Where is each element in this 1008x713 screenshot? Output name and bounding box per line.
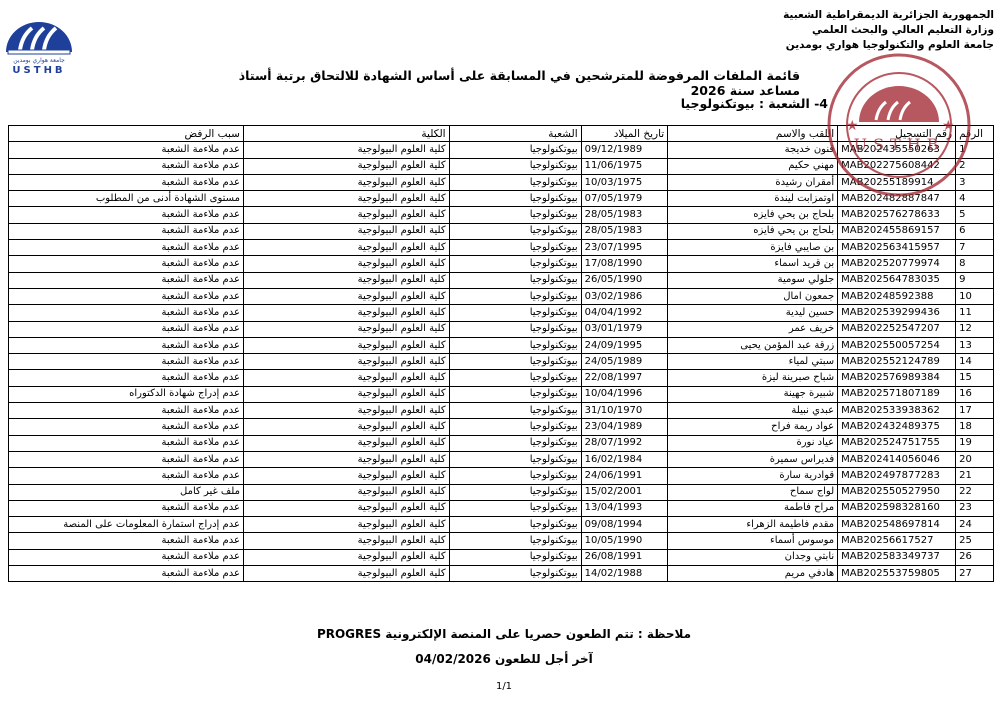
birth-date: 04/04/1992: [581, 305, 668, 321]
birth-date: 09/12/1989: [581, 142, 668, 158]
header-faculty: الكلية: [243, 126, 449, 142]
table-row: 14MAB202552124789سبتي لمياء24/05/1989بيو…: [9, 354, 994, 370]
rejection-reason: عدم ملاءمة الشعبة: [9, 533, 244, 549]
rejection-reason: عدم ملاءمة الشعبة: [9, 337, 244, 353]
faculty: كلية العلوم البيولوجية: [243, 305, 449, 321]
row-number: 1: [956, 142, 994, 158]
faculty: كلية العلوم البيولوجية: [243, 272, 449, 288]
header-registration-id: رقم التسجيل: [838, 126, 956, 142]
rejection-reason: عدم ملاءمة الشعبة: [9, 256, 244, 272]
table-row: 18MAB202432489375عواد ريمة فراح23/04/198…: [9, 419, 994, 435]
specialty: بيوتكنولوجيا: [449, 370, 581, 386]
registration-id: MAB202414056046: [838, 451, 956, 467]
candidate-name: فديراس سميرة: [668, 451, 838, 467]
candidate-name: عواد ريمة فراح: [668, 419, 838, 435]
registration-id: MAB202564783035: [838, 272, 956, 288]
specialty: بيوتكنولوجيا: [449, 337, 581, 353]
rejection-reason: عدم ملاءمة الشعبة: [9, 354, 244, 370]
svg-text:جامعة هواري بومدين: جامعة هواري بومدين: [13, 57, 65, 64]
row-number: 25: [956, 533, 994, 549]
candidate-name: جلولي سومية: [668, 272, 838, 288]
table-row: 4MAB202482887847اوتمزابت ليندة07/05/1979…: [9, 191, 994, 207]
candidate-name: بن صايبي فايزة: [668, 240, 838, 256]
rejection-reason: عدم ملاءمة الشعبة: [9, 305, 244, 321]
appeal-note: ملاحظة : تتم الطعون حصريا على المنصة الإ…: [0, 627, 1008, 641]
candidate-name: مراح فاطمة: [668, 500, 838, 516]
birth-date: 28/07/1992: [581, 435, 668, 451]
specialty: بيوتكنولوجيا: [449, 386, 581, 402]
row-number: 10: [956, 288, 994, 304]
registration-id: MAB20256617527: [838, 533, 956, 549]
rejection-reason: عدم ملاءمة الشعبة: [9, 370, 244, 386]
table-row: 20MAB202414056046فديراس سميرة16/02/1984ب…: [9, 451, 994, 467]
branch-label: 4- الشعبة : بيوتكنولوجيا: [681, 96, 828, 111]
header-birth-date: تاريخ الميلاد: [581, 126, 668, 142]
rejection-reason: عدم ملاءمة الشعبة: [9, 207, 244, 223]
row-number: 7: [956, 240, 994, 256]
faculty: كلية العلوم البيولوجية: [243, 256, 449, 272]
table-row: 9MAB202564783035جلولي سومية26/05/1990بيو…: [9, 272, 994, 288]
specialty: بيوتكنولوجيا: [449, 517, 581, 533]
row-number: 8: [956, 256, 994, 272]
faculty: كلية العلوم البيولوجية: [243, 468, 449, 484]
candidate-name: قنون خديجة: [668, 142, 838, 158]
row-number: 20: [956, 451, 994, 467]
specialty: بيوتكنولوجيا: [449, 142, 581, 158]
row-number: 21: [956, 468, 994, 484]
header-specialty: الشعبة: [449, 126, 581, 142]
specialty: بيوتكنولوجيا: [449, 484, 581, 500]
birth-date: 11/06/1975: [581, 158, 668, 174]
row-number: 17: [956, 403, 994, 419]
birth-date: 26/08/1991: [581, 549, 668, 565]
rejection-reason: عدم ملاءمة الشعبة: [9, 272, 244, 288]
rejection-reason: عدم ملاءمة الشعبة: [9, 174, 244, 190]
specialty: بيوتكنولوجيا: [449, 288, 581, 304]
row-number: 13: [956, 337, 994, 353]
document-title: قائمة الملفات المرفوضة للمترشحين في المس…: [212, 68, 800, 98]
registration-id: MAB202553759805: [838, 566, 956, 582]
table-row: 6MAB202455869157بلحاج بن يحي فايزه28/05/…: [9, 223, 994, 239]
faculty: كلية العلوم البيولوجية: [243, 337, 449, 353]
registration-id: MAB202435550263: [838, 142, 956, 158]
registration-id: MAB202548697814: [838, 517, 956, 533]
rejection-reason: عدم ملاءمة الشعبة: [9, 158, 244, 174]
birth-date: 13/04/1993: [581, 500, 668, 516]
table-row: 10MAB20248592388جمعون امال03/02/1986بيوت…: [9, 288, 994, 304]
faculty: كلية العلوم البيولوجية: [243, 549, 449, 565]
faculty: كلية العلوم البيولوجية: [243, 223, 449, 239]
rejected-candidates-table: الرقم رقم التسجيل اللقب والاسم تاريخ الم…: [8, 125, 994, 582]
rejection-reason: عدم ملاءمة الشعبة: [9, 451, 244, 467]
rejection-reason: عدم ملاءمة الشعبة: [9, 500, 244, 516]
row-number: 19: [956, 435, 994, 451]
candidate-name: أمقران رشيدة: [668, 174, 838, 190]
registration-id: MAB20248592388: [838, 288, 956, 304]
rejection-reason: عدم ملاءمة الشعبة: [9, 419, 244, 435]
candidate-name: خريف عمر: [668, 321, 838, 337]
specialty: بيوتكنولوجيا: [449, 500, 581, 516]
specialty: بيوتكنولوجيا: [449, 174, 581, 190]
table-row: 11MAB202539299436حسين ليدية04/04/1992بيو…: [9, 305, 994, 321]
birth-date: 17/08/1990: [581, 256, 668, 272]
ministry-header: الجمهورية الجزائرية الديمقراطية الشعبية …: [783, 8, 994, 53]
birth-date: 28/05/1983: [581, 207, 668, 223]
page-number: 1/1: [0, 681, 1008, 692]
rejection-reason: عدم ملاءمة الشعبة: [9, 403, 244, 419]
birth-date: 10/04/1996: [581, 386, 668, 402]
registration-id: MAB202432489375: [838, 419, 956, 435]
row-number: 11: [956, 305, 994, 321]
faculty: كلية العلوم البيولوجية: [243, 484, 449, 500]
table-row: 24MAB202548697814مقدم فاطيمة الزهراء09/0…: [9, 517, 994, 533]
row-number: 5: [956, 207, 994, 223]
birth-date: 10/03/1975: [581, 174, 668, 190]
birth-date: 24/05/1989: [581, 354, 668, 370]
specialty: بيوتكنولوجيا: [449, 256, 581, 272]
birth-date: 26/05/1990: [581, 272, 668, 288]
table-row: 21MAB202497877283قوادرية سارة24/06/1991ب…: [9, 468, 994, 484]
registration-id: MAB202598328160: [838, 500, 956, 516]
table-row: 1MAB202435550263قنون خديجة09/12/1989بيوت…: [9, 142, 994, 158]
specialty: بيوتكنولوجيا: [449, 207, 581, 223]
birth-date: 09/08/1994: [581, 517, 668, 533]
specialty: بيوتكنولوجيا: [449, 240, 581, 256]
candidate-name: حسين ليدية: [668, 305, 838, 321]
specialty: بيوتكنولوجيا: [449, 321, 581, 337]
faculty: كلية العلوم البيولوجية: [243, 142, 449, 158]
specialty: بيوتكنولوجيا: [449, 419, 581, 435]
candidate-name: بن قريد اسماء: [668, 256, 838, 272]
svg-text:USTHB: USTHB: [12, 65, 65, 74]
rejection-reason: عدم ملاءمة الشعبة: [9, 223, 244, 239]
candidate-name: عياد نورة: [668, 435, 838, 451]
rejection-reason: عدم ملاءمة الشعبة: [9, 288, 244, 304]
rejection-reason: عدم ملاءمة الشعبة: [9, 468, 244, 484]
table-row: 16MAB202571807189شبيرة جهينة10/04/1996بي…: [9, 386, 994, 402]
candidate-name: موسوس أسماء: [668, 533, 838, 549]
candidate-name: بلحاج بن يحي فايزه: [668, 223, 838, 239]
candidate-name: جمعون امال: [668, 288, 838, 304]
faculty: كلية العلوم البيولوجية: [243, 435, 449, 451]
row-number: 27: [956, 566, 994, 582]
faculty: كلية العلوم البيولوجية: [243, 370, 449, 386]
birth-date: 24/06/1991: [581, 468, 668, 484]
registration-id: MAB202550057254: [838, 337, 956, 353]
row-number: 9: [956, 272, 994, 288]
row-number: 14: [956, 354, 994, 370]
ministry-line: الجمهورية الجزائرية الديمقراطية الشعبية: [783, 8, 994, 23]
registration-id: MAB202571807189: [838, 386, 956, 402]
registration-id: MAB20255189914: [838, 174, 956, 190]
appeal-deadline: آخر أجل للطعون 04/02/2026: [0, 652, 1008, 666]
header-name: اللقب والاسم: [668, 126, 838, 142]
specialty: بيوتكنولوجيا: [449, 354, 581, 370]
specialty: بيوتكنولوجيا: [449, 272, 581, 288]
specialty: بيوتكنولوجيا: [449, 305, 581, 321]
table-header-row: الرقم رقم التسجيل اللقب والاسم تاريخ الم…: [9, 126, 994, 142]
table-row: 25MAB20256617527موسوس أسماء10/05/1990بيو…: [9, 533, 994, 549]
faculty: كلية العلوم البيولوجية: [243, 533, 449, 549]
registration-id: MAB202552124789: [838, 354, 956, 370]
specialty: بيوتكنولوجيا: [449, 533, 581, 549]
birth-date: 14/02/1988: [581, 566, 668, 582]
birth-date: 15/02/2001: [581, 484, 668, 500]
faculty: كلية العلوم البيولوجية: [243, 354, 449, 370]
birth-date: 03/02/1986: [581, 288, 668, 304]
registration-id: MAB202583349737: [838, 549, 956, 565]
specialty: بيوتكنولوجيا: [449, 191, 581, 207]
table-row: 19MAB202524751755عياد نورة28/07/1992بيوت…: [9, 435, 994, 451]
candidate-name: عبدي نبيلة: [668, 403, 838, 419]
rejection-reason: عدم ملاءمة الشعبة: [9, 142, 244, 158]
table-row: 26MAB202583349737نابتي وجدان26/08/1991بي…: [9, 549, 994, 565]
registration-id: MAB202520779974: [838, 256, 956, 272]
row-number: 16: [956, 386, 994, 402]
birth-date: 10/05/1990: [581, 533, 668, 549]
faculty: كلية العلوم البيولوجية: [243, 158, 449, 174]
table-row: 23MAB202598328160مراح فاطمة13/04/1993بيو…: [9, 500, 994, 516]
registration-id: MAB202497877283: [838, 468, 956, 484]
faculty: كلية العلوم البيولوجية: [243, 240, 449, 256]
birth-date: 16/02/1984: [581, 451, 668, 467]
specialty: بيوتكنولوجيا: [449, 468, 581, 484]
registration-id: MAB202455869157: [838, 223, 956, 239]
specialty: بيوتكنولوجيا: [449, 403, 581, 419]
birth-date: 23/04/1989: [581, 419, 668, 435]
registration-id: MAB202576989384: [838, 370, 956, 386]
faculty: كلية العلوم البيولوجية: [243, 566, 449, 582]
row-number: 24: [956, 517, 994, 533]
table-row: 12MAB202252547207خريف عمر03/01/1979بيوتك…: [9, 321, 994, 337]
candidate-name: هادفي مريم: [668, 566, 838, 582]
registration-id: MAB202539299436: [838, 305, 956, 321]
registration-id: MAB202533938362: [838, 403, 956, 419]
birth-date: 07/05/1979: [581, 191, 668, 207]
candidate-name: نابتي وجدان: [668, 549, 838, 565]
candidate-name: بلحاج بن يحي فايزه: [668, 207, 838, 223]
rejection-reason: عدم ملاءمة الشعبة: [9, 549, 244, 565]
rejection-reason: عدم ملاءمة الشعبة: [9, 435, 244, 451]
birth-date: 28/05/1983: [581, 223, 668, 239]
faculty: كلية العلوم البيولوجية: [243, 419, 449, 435]
rejection-reason: عدم ملاءمة الشعبة: [9, 566, 244, 582]
birth-date: 24/09/1995: [581, 337, 668, 353]
candidate-name: شبيرة جهينة: [668, 386, 838, 402]
faculty: كلية العلوم البيولوجية: [243, 321, 449, 337]
birth-date: 03/01/1979: [581, 321, 668, 337]
row-number: 26: [956, 549, 994, 565]
table-row: 17MAB202533938362عبدي نبيلة31/10/1970بيو…: [9, 403, 994, 419]
rejection-reason: عدم إدراج شهادة الدكتوراه: [9, 386, 244, 402]
ministry-line: جامعة العلوم والتكنولوجيا هواري بومدين: [783, 38, 994, 53]
row-number: 15: [956, 370, 994, 386]
row-number: 3: [956, 174, 994, 190]
header-reason: سبب الرفض: [9, 126, 244, 142]
row-number: 2: [956, 158, 994, 174]
table-row: 7MAB202563415957بن صايبي فايزة23/07/1995…: [9, 240, 994, 256]
rejection-reason: عدم ملاءمة الشعبة: [9, 321, 244, 337]
header-num: الرقم: [956, 126, 994, 142]
table-row: 27MAB202553759805هادفي مريم14/02/1988بيو…: [9, 566, 994, 582]
candidate-name: شباح صبرينة ليزة: [668, 370, 838, 386]
registration-id: MAB202550527950: [838, 484, 956, 500]
candidate-name: لواج سماح: [668, 484, 838, 500]
faculty: كلية العلوم البيولوجية: [243, 207, 449, 223]
faculty: كلية العلوم البيولوجية: [243, 288, 449, 304]
faculty: كلية العلوم البيولوجية: [243, 451, 449, 467]
rejection-reason: عدم إدراج استمارة المعلومات على المنصة: [9, 517, 244, 533]
table-row: 8MAB202520779974بن قريد اسماء17/08/1990ب…: [9, 256, 994, 272]
table-row: 15MAB202576989384شباح صبرينة ليزة22/08/1…: [9, 370, 994, 386]
candidate-name: قوادرية سارة: [668, 468, 838, 484]
registration-id: MAB202524751755: [838, 435, 956, 451]
table-row: 3MAB20255189914أمقران رشيدة10/03/1975بيو…: [9, 174, 994, 190]
candidate-name: مهني حكيم: [668, 158, 838, 174]
faculty: كلية العلوم البيولوجية: [243, 517, 449, 533]
row-number: 12: [956, 321, 994, 337]
row-number: 22: [956, 484, 994, 500]
faculty: كلية العلوم البيولوجية: [243, 386, 449, 402]
faculty: كلية العلوم البيولوجية: [243, 191, 449, 207]
faculty: كلية العلوم البيولوجية: [243, 500, 449, 516]
registration-id: MAB202482887847: [838, 191, 956, 207]
table-row: 2MAB202275608442مهني حكيم11/06/1975بيوتك…: [9, 158, 994, 174]
registration-id: MAB202252547207: [838, 321, 956, 337]
registration-id: MAB202563415957: [838, 240, 956, 256]
registration-id: MAB202275608442: [838, 158, 956, 174]
ministry-line: وزارة التعليم العالي والبحث العلمي: [783, 23, 994, 38]
row-number: 18: [956, 419, 994, 435]
candidate-name: اوتمزابت ليندة: [668, 191, 838, 207]
birth-date: 31/10/1970: [581, 403, 668, 419]
candidate-name: سبتي لمياء: [668, 354, 838, 370]
faculty: كلية العلوم البيولوجية: [243, 174, 449, 190]
candidate-name: زرقة عبد المؤمن يحيى: [668, 337, 838, 353]
row-number: 4: [956, 191, 994, 207]
table-row: 13MAB202550057254زرقة عبد المؤمن يحيى24/…: [9, 337, 994, 353]
table-row: 5MAB202576278633بلحاج بن يحي فايزه28/05/…: [9, 207, 994, 223]
table-row: 22MAB202550527950لواج سماح15/02/2001بيوت…: [9, 484, 994, 500]
specialty: بيوتكنولوجيا: [449, 566, 581, 582]
row-number: 23: [956, 500, 994, 516]
birth-date: 22/08/1997: [581, 370, 668, 386]
specialty: بيوتكنولوجيا: [449, 451, 581, 467]
birth-date: 23/07/1995: [581, 240, 668, 256]
specialty: بيوتكنولوجيا: [449, 158, 581, 174]
registration-id: MAB202576278633: [838, 207, 956, 223]
specialty: بيوتكنولوجيا: [449, 549, 581, 565]
row-number: 6: [956, 223, 994, 239]
usthb-logo: جامعة هواري بومدين USTHB: [2, 12, 76, 72]
specialty: بيوتكنولوجيا: [449, 223, 581, 239]
candidate-name: مقدم فاطيمة الزهراء: [668, 517, 838, 533]
rejection-reason: عدم ملاءمة الشعبة: [9, 240, 244, 256]
rejection-reason: ملف غير كامل: [9, 484, 244, 500]
rejection-reason: مستوى الشهادة أدنى من المطلوب: [9, 191, 244, 207]
specialty: بيوتكنولوجيا: [449, 435, 581, 451]
faculty: كلية العلوم البيولوجية: [243, 403, 449, 419]
